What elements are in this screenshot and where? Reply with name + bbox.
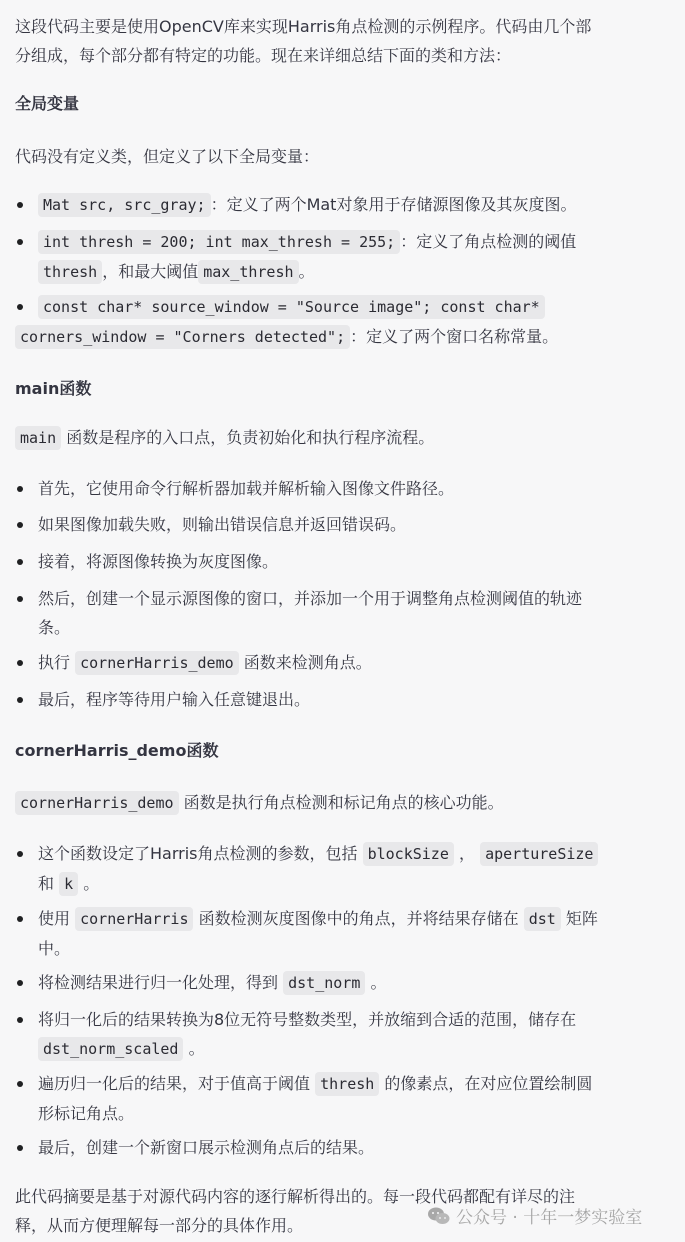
list-item: const char* source_window = "Source imag… [15,292,665,352]
item-text: 如果图像加载失败，则输出错误信息并返回错误码。 [38,515,406,534]
item-text: 执行 [38,653,70,672]
inline-code: dst_norm [283,971,365,995]
item-text: 和 [38,874,54,893]
list-item: 将归一化后的结果转换为8位无符号整数类型，并放缩到合适的范围，储存在 dst_n… [15,1005,665,1064]
bullet-icon [17,1017,23,1023]
item-text: 。 [83,874,99,893]
bullet-icon [17,980,23,986]
list-item: 这个函数设定了Harris角点检测的参数，包括 blockSize ， aper… [15,839,665,899]
summary-line-2: 释，从而方便理解每一部分的具体作用。 [15,1216,303,1235]
section-heading-harris: cornerHarris_demo函数 [15,741,218,761]
item-text: 。 [299,262,315,281]
item-text: 使用 [38,909,70,928]
list-item: 如果图像加载失败，则输出错误信息并返回错误码。 [15,510,665,539]
bullet-icon [17,486,23,492]
bullet-icon [17,851,23,857]
item-text: 中。 [38,939,70,958]
item-text: 最后，创建一个新窗口展示检测角点后的结果。 [38,1138,374,1157]
item-text: 条。 [38,618,70,637]
item-text: ：定义了角点检测的阈值 [400,232,576,251]
item-text: 。 [370,973,386,992]
list-item: Mat src, src_gray;：定义了两个Mat对象用于存储源图像及其灰度… [15,190,665,220]
inline-code: main [15,426,61,450]
list-item: int thresh = 200; int max_thresh = 255;：… [15,227,665,287]
bullet-icon [17,697,23,703]
list-item: 首先，它使用命令行解析器加载并解析输入图像文件路径。 [15,474,665,503]
item-text: 的像素点，在对应位置绘制圆 [384,1074,592,1093]
list-item: 然后，创建一个显示源图像的窗口，并添加一个用于调整角点检测阈值的轨迹 条。 [15,584,665,642]
intro-line-2: 分组成，每个部分都有特定的功能。现在来详细总结下面的类和方法： [15,46,511,65]
inline-code: max_thresh [198,260,298,284]
item-text: ，和最大阈值 [102,262,198,281]
inline-code: cornerHarris_demo [15,791,179,815]
item-text: ：定义了两个窗口名称常量。 [350,327,558,346]
inline-code: blockSize [363,842,454,866]
item-text: 矩阵 [566,909,598,928]
list-item: 将检测结果进行归一化处理，得到 dst_norm 。 [15,968,665,998]
item-text: 最后，程序等待用户输入任意键退出。 [38,690,310,709]
list-item: 遍历归一化后的结果，对于值高于阈值 thresh 的像素点，在对应位置绘制圆 形… [15,1069,665,1128]
inline-code: dst [524,907,561,931]
item-text: 。 [189,1039,205,1058]
item-text: ：定义了两个Mat对象用于存储源图像及其灰度图。 [211,195,577,214]
bullet-icon [17,660,23,666]
inline-code: cornerHarris [75,907,193,931]
bullet-icon [17,202,23,208]
bullet-icon [17,916,23,922]
item-text: 将检测结果进行归一化处理，得到 [38,973,278,992]
inline-code: const char* source_window = "Source imag… [38,295,545,319]
item-text: 这个函数设定了Harris角点检测的参数，包括 [38,844,358,863]
item-text: 遍历归一化后的结果，对于值高于阈值 [38,1074,310,1093]
inline-code: k [59,872,78,896]
item-text: 形标记角点。 [38,1104,134,1123]
list-item: 最后，创建一个新窗口展示检测角点后的结果。 [15,1133,665,1162]
inline-code: apertureSize [480,842,598,866]
list-item: 执行 cornerHarris_demo 函数来检测角点。 [15,648,665,678]
item-text: 首先，它使用命令行解析器加载并解析输入图像文件路径。 [38,479,454,498]
bullet-icon [17,239,23,245]
bullet-icon [17,304,23,310]
bullet-icon [17,1145,23,1151]
watermark-text: 公众号 · 十年一梦实验室 [456,1203,642,1228]
section-heading-main: main函数 [15,379,91,399]
intro-line-1: 这段代码主要是使用OpenCV库来实现Harris角点检测的示例程序。代码由几个… [15,17,591,36]
main-description: main 函数是程序的入口点，负责初始化和执行程序流程。 [15,423,670,453]
item-text: 函数来检测角点。 [244,653,372,672]
inline-code: Mat src, src_gray; [38,193,211,217]
inline-code: thresh [315,1072,379,1096]
description-text: 函数是程序的入口点，负责初始化和执行程序流程。 [66,428,434,447]
wechat-icon [427,1206,451,1226]
bullet-icon [17,1081,23,1087]
bullet-icon [17,522,23,528]
item-text: 接着，将源图像转换为灰度图像。 [38,552,278,571]
section-heading-globals: 全局变量 [15,94,79,114]
inline-code: corners_window = "Corners detected"; [15,325,350,349]
list-item: 使用 cornerHarris 函数检测灰度图像中的角点，并将结果存储在 dst… [15,904,665,963]
bullet-icon [17,596,23,602]
description-text: 函数是执行角点检测和标记角点的核心功能。 [184,793,504,812]
item-text: 将归一化后的结果转换为8位无符号整数类型，并放缩到合适的范围，储存在 [38,1010,576,1029]
list-item: 接着，将源图像转换为灰度图像。 [15,547,665,576]
inline-code: thresh [38,260,102,284]
harris-description: cornerHarris_demo 函数是执行角点检测和标记角点的核心功能。 [15,788,670,818]
item-text: 函数检测灰度图像中的角点，并将结果存储在 [199,909,519,928]
inline-code: dst_norm_scaled [38,1037,183,1061]
watermark: 公众号 · 十年一梦实验室 [427,1203,642,1228]
item-text: ， [459,844,475,863]
item-text: 然后，创建一个显示源图像的窗口，并添加一个用于调整角点检测阈值的轨迹 [38,589,582,608]
bullet-icon [17,559,23,565]
list-item: 最后，程序等待用户输入任意键退出。 [15,685,665,714]
intro-paragraph: 这段代码主要是使用OpenCV库来实现Harris角点检测的示例程序。代码由几个… [15,12,670,70]
inline-code: int thresh = 200; int max_thresh = 255; [38,230,400,254]
globals-description: 代码没有定义类，但定义了以下全局变量： [15,142,670,171]
inline-code: cornerHarris_demo [75,651,239,675]
